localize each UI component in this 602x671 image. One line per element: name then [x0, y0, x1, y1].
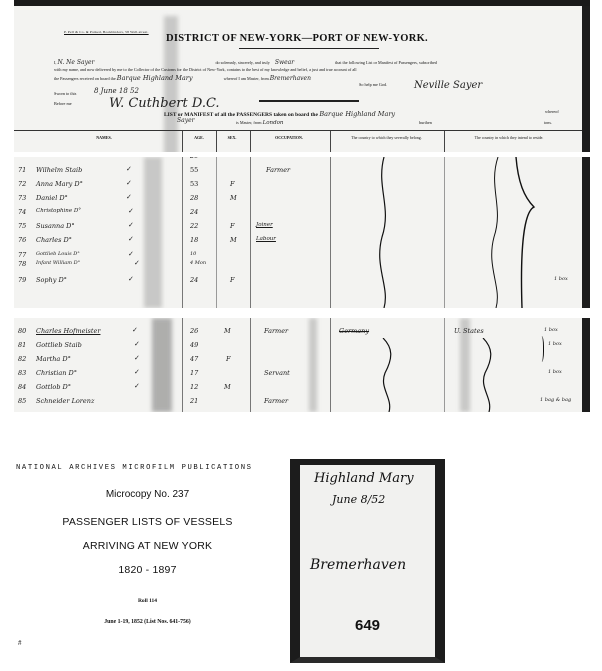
passenger-row: 75 Susanna D° ✓ 22 F Joiner: [14, 221, 582, 235]
roll-date-range: June 1-19, 1852 (List Nos. 641-756): [10, 619, 285, 625]
passenger-occupation: Servant: [264, 369, 290, 377]
passenger-age: 24: [190, 208, 198, 216]
passenger-strip-middle: 26 71 Wilhelm Staib ✓ 55 Farmer 72 Anna …: [14, 157, 590, 308]
passenger-name: Daniel D°: [36, 194, 68, 202]
passenger-occupation: Farmer: [264, 327, 288, 335]
manifest-title: LIST or MANIFEST of all the PASSENGERS t…: [164, 110, 395, 118]
baggage-note: 1 box: [554, 276, 568, 282]
passenger-row: 79 Sophy D° ✓ 24 F 1 box: [14, 275, 582, 289]
manifest-master-from: is Master, from London: [236, 120, 283, 126]
manifest-whereof: whereof: [545, 109, 559, 114]
district-title: DISTRICT OF NEW-YORK—PORT OF NEW-YORK.: [166, 33, 428, 44]
passenger-number: 80: [18, 327, 26, 335]
agency-heading: NATIONAL ARCHIVES MICROFILM PUBLICATIONS: [10, 464, 285, 472]
oath-end: that the following List or Manifest of P…: [335, 60, 437, 65]
check-mark-icon: ✓: [128, 207, 134, 215]
col-divider: [182, 131, 183, 152]
passenger-age: 12: [190, 383, 198, 391]
passenger-number: 81: [18, 341, 26, 349]
country-belong: Germany: [339, 327, 369, 335]
burthen-label: burthen: [419, 120, 432, 125]
tons-label: tons.: [544, 120, 552, 125]
oath-line-3: the Passengers received on board the Bar…: [54, 74, 311, 82]
docket-vessel: Highland Mary: [314, 471, 414, 486]
passenger-row: 83 Christian D° ✓ 17 Servant 1 box: [14, 368, 582, 382]
baggage-note: 1 box: [548, 341, 562, 347]
passenger-number: 82: [18, 355, 26, 363]
passenger-name: Susanna D°: [36, 222, 75, 230]
passenger-number: 84: [18, 383, 26, 391]
check-mark-icon: ✓: [128, 235, 134, 243]
baggage-note: 1 box: [548, 369, 562, 375]
col-country-reside: The country in which they intend to resi…: [454, 135, 564, 140]
manifest-vessel: Barque Highland Mary: [319, 110, 395, 118]
column-header-row: NAMES. AGE. SEX. OCCUPATION. The country…: [14, 130, 582, 152]
col-names: NAMES.: [74, 135, 134, 140]
passenger-age: 26: [190, 327, 198, 335]
passenger-number: 83: [18, 369, 26, 377]
check-mark-icon: ✓: [126, 179, 132, 187]
passenger-age: 53: [190, 180, 198, 188]
passenger-name: Infant William D°: [36, 260, 80, 266]
passenger-name: Christian D°: [36, 369, 77, 377]
passenger-number: 71: [18, 166, 26, 174]
passenger-row: 78 Infant William D° ✓ 4 Mon: [14, 259, 582, 273]
col-age: AGE.: [184, 135, 214, 140]
title-rule: [239, 48, 379, 49]
oath-line3-prefix: the Passengers received on board the: [54, 76, 116, 81]
passenger-name: Martha D°: [36, 355, 71, 363]
passenger-row: 81 Gottlieb Staib ✓ 49 1 box: [14, 340, 582, 354]
microcopy-number: Microcopy No. 237: [10, 489, 285, 500]
passenger-sex: F: [230, 276, 235, 284]
official-signature: W. Cuthbert D.C.: [109, 96, 220, 111]
passenger-row: 26: [14, 157, 582, 165]
passenger-number: 75: [18, 222, 26, 230]
passenger-occupation: Farmer: [266, 166, 290, 174]
passenger-age: 17: [190, 369, 198, 377]
passenger-age: 28: [190, 194, 198, 202]
passenger-sex: F: [230, 222, 235, 230]
publication-years: 1820 - 1897: [10, 564, 285, 576]
passenger-sex: F: [226, 355, 231, 363]
col-divider: [330, 131, 331, 152]
publication-title-line-2: ARRIVING AT NEW YORK: [10, 540, 285, 552]
passenger-sex: F: [230, 180, 235, 188]
passenger-row: 84 Gottlob D° ✓ 12 M: [14, 382, 582, 396]
passenger-age: 49: [190, 341, 198, 349]
passenger-row: 72 Anna Mary D° ✓ 53 F: [14, 179, 582, 193]
manifest-docket: Highland Mary June 8/52 Bremerhaven 649: [290, 459, 445, 663]
check-mark-icon: ✓: [126, 165, 132, 173]
hash-mark: #: [18, 639, 22, 647]
passenger-age: 47: [190, 355, 198, 363]
manifest-master: Sayer: [177, 117, 195, 124]
check-mark-icon: ✓: [128, 221, 134, 229]
passenger-row: 71 Wilhelm Staib ✓ 55 Farmer: [14, 165, 582, 179]
passenger-number: 85: [18, 397, 26, 405]
oath-vessel: Barque Highland Mary: [117, 74, 193, 82]
sworn-date: 8 June 18 52: [94, 87, 139, 95]
microfilm-title-card: NATIONAL ARCHIVES MICROFILM PUBLICATIONS…: [10, 458, 285, 663]
baggage-note: 1 box: [544, 327, 558, 333]
passenger-sex: M: [224, 327, 231, 335]
before-label: Before me: [54, 101, 72, 106]
manifest-rule: [259, 100, 359, 102]
passenger-number: 74: [18, 208, 26, 216]
passenger-number: 78: [18, 260, 26, 268]
check-mark-icon: ✓: [132, 326, 138, 334]
manifest-from-port: London: [263, 120, 284, 126]
oath-prefix: I,: [54, 60, 56, 65]
col-sex: SEX.: [217, 135, 247, 140]
check-mark-icon: ✓: [134, 368, 140, 376]
check-mark-icon: ✓: [134, 259, 140, 267]
publication-title-line-1: PASSENGER LISTS OF VESSELS: [10, 516, 285, 528]
passenger-strip-bottom: 80 Charles Hofmeister ✓ 26 M Farmer Germ…: [14, 318, 590, 412]
passenger-name: Gottlieb Staib: [36, 341, 82, 349]
passenger-age: 21: [190, 397, 198, 405]
oath-help: So help me God.: [359, 82, 387, 87]
passenger-name: Charles Hofmeister: [36, 327, 100, 335]
passenger-row: 80 Charles Hofmeister ✓ 26 M Farmer Germ…: [14, 326, 582, 340]
country-reside: U. States: [454, 327, 484, 335]
check-mark-icon: ✓: [134, 354, 140, 362]
passenger-row: 85 Schneider Lorenz 21 Farmer 1 bag & ba…: [14, 396, 582, 410]
oath-line-2: with my name, and now delivered by me to…: [54, 67, 357, 72]
oath-origin: Bremerhaven: [270, 75, 311, 82]
oath-line-1: I, N. Ne Sayer do solemnly, sincerely, a…: [54, 59, 437, 66]
manifest-header-strip: P. Pell & Co. & Parked, Bookbinders, 58 …: [14, 0, 590, 152]
passenger-occupation: Farmer: [264, 397, 288, 405]
docket-port: Bremerhaven: [310, 557, 406, 573]
passenger-age: 10: [190, 251, 196, 257]
passenger-name: Gottlob D°: [36, 383, 71, 391]
passenger-age: 55: [190, 166, 198, 174]
passenger-sex: M: [230, 194, 237, 202]
passenger-age: 26: [190, 157, 198, 160]
passenger-name: Anna Mary D°: [36, 180, 83, 188]
passenger-name: Sophy D°: [36, 276, 67, 284]
check-mark-icon: ✓: [128, 275, 134, 283]
passenger-name: Charles D°: [36, 236, 72, 244]
passenger-row: 73 Daniel D° ✓ 28 M: [14, 193, 582, 207]
docket-date: June 8/52: [332, 493, 385, 506]
oath-mid: do solemnly, sincerely, and truly: [215, 60, 269, 65]
master-name: N. Ne Sayer: [58, 59, 95, 66]
passenger-age: 4 Mon: [190, 260, 206, 266]
is-master-from: is Master, from: [236, 120, 262, 125]
col-country-belong: The country to which they severally belo…: [339, 135, 434, 140]
passenger-age: 18: [190, 236, 198, 244]
passenger-sex: M: [230, 236, 237, 244]
passenger-number: 73: [18, 194, 26, 202]
col-occupation: OCCUPATION.: [254, 135, 324, 140]
passenger-number: 76: [18, 236, 26, 244]
passenger-row: 82 Martha D° ✓ 47 F: [14, 354, 582, 368]
sworn-label: Sworn to this: [54, 91, 76, 96]
list-number: 649: [300, 617, 435, 634]
passenger-age: 24: [190, 276, 198, 284]
passenger-name: Gottlieb Louis D°: [36, 251, 80, 257]
passenger-row: 74 Christophine D° ✓ 24: [14, 207, 582, 221]
passenger-occupation: Joiner: [256, 222, 273, 228]
master-signature: Neville Sayer: [414, 80, 482, 91]
passenger-number: 79: [18, 276, 26, 284]
passenger-age: 22: [190, 222, 198, 230]
passenger-number: 77: [18, 251, 26, 259]
col-divider: [250, 131, 251, 152]
passenger-number: 72: [18, 180, 26, 188]
check-mark-icon: ✓: [134, 382, 140, 390]
passenger-occupation: Labour: [256, 236, 276, 242]
check-mark-icon: ✓: [128, 250, 134, 258]
oath-line3-mid: whereof I am Master, from: [224, 76, 269, 81]
oath-swear: Swear: [275, 59, 294, 66]
col-divider: [444, 131, 445, 152]
passenger-name: Schneider Lorenz: [36, 397, 94, 405]
check-mark-icon: ✓: [134, 340, 140, 348]
baggage-note: 1 bag & bag: [540, 397, 571, 403]
roll-number: Roll 114: [10, 598, 285, 604]
passenger-sex: M: [224, 383, 231, 391]
passenger-name: Christophine D°: [36, 208, 81, 214]
passenger-row: 76 Charles D° ✓ 18 M Labour: [14, 235, 582, 249]
passenger-name: Wilhelm Staib: [36, 166, 82, 174]
printer-line: P. Pell & Co. & Parked, Bookbinders, 58 …: [64, 30, 149, 34]
check-mark-icon: ✓: [126, 193, 132, 201]
